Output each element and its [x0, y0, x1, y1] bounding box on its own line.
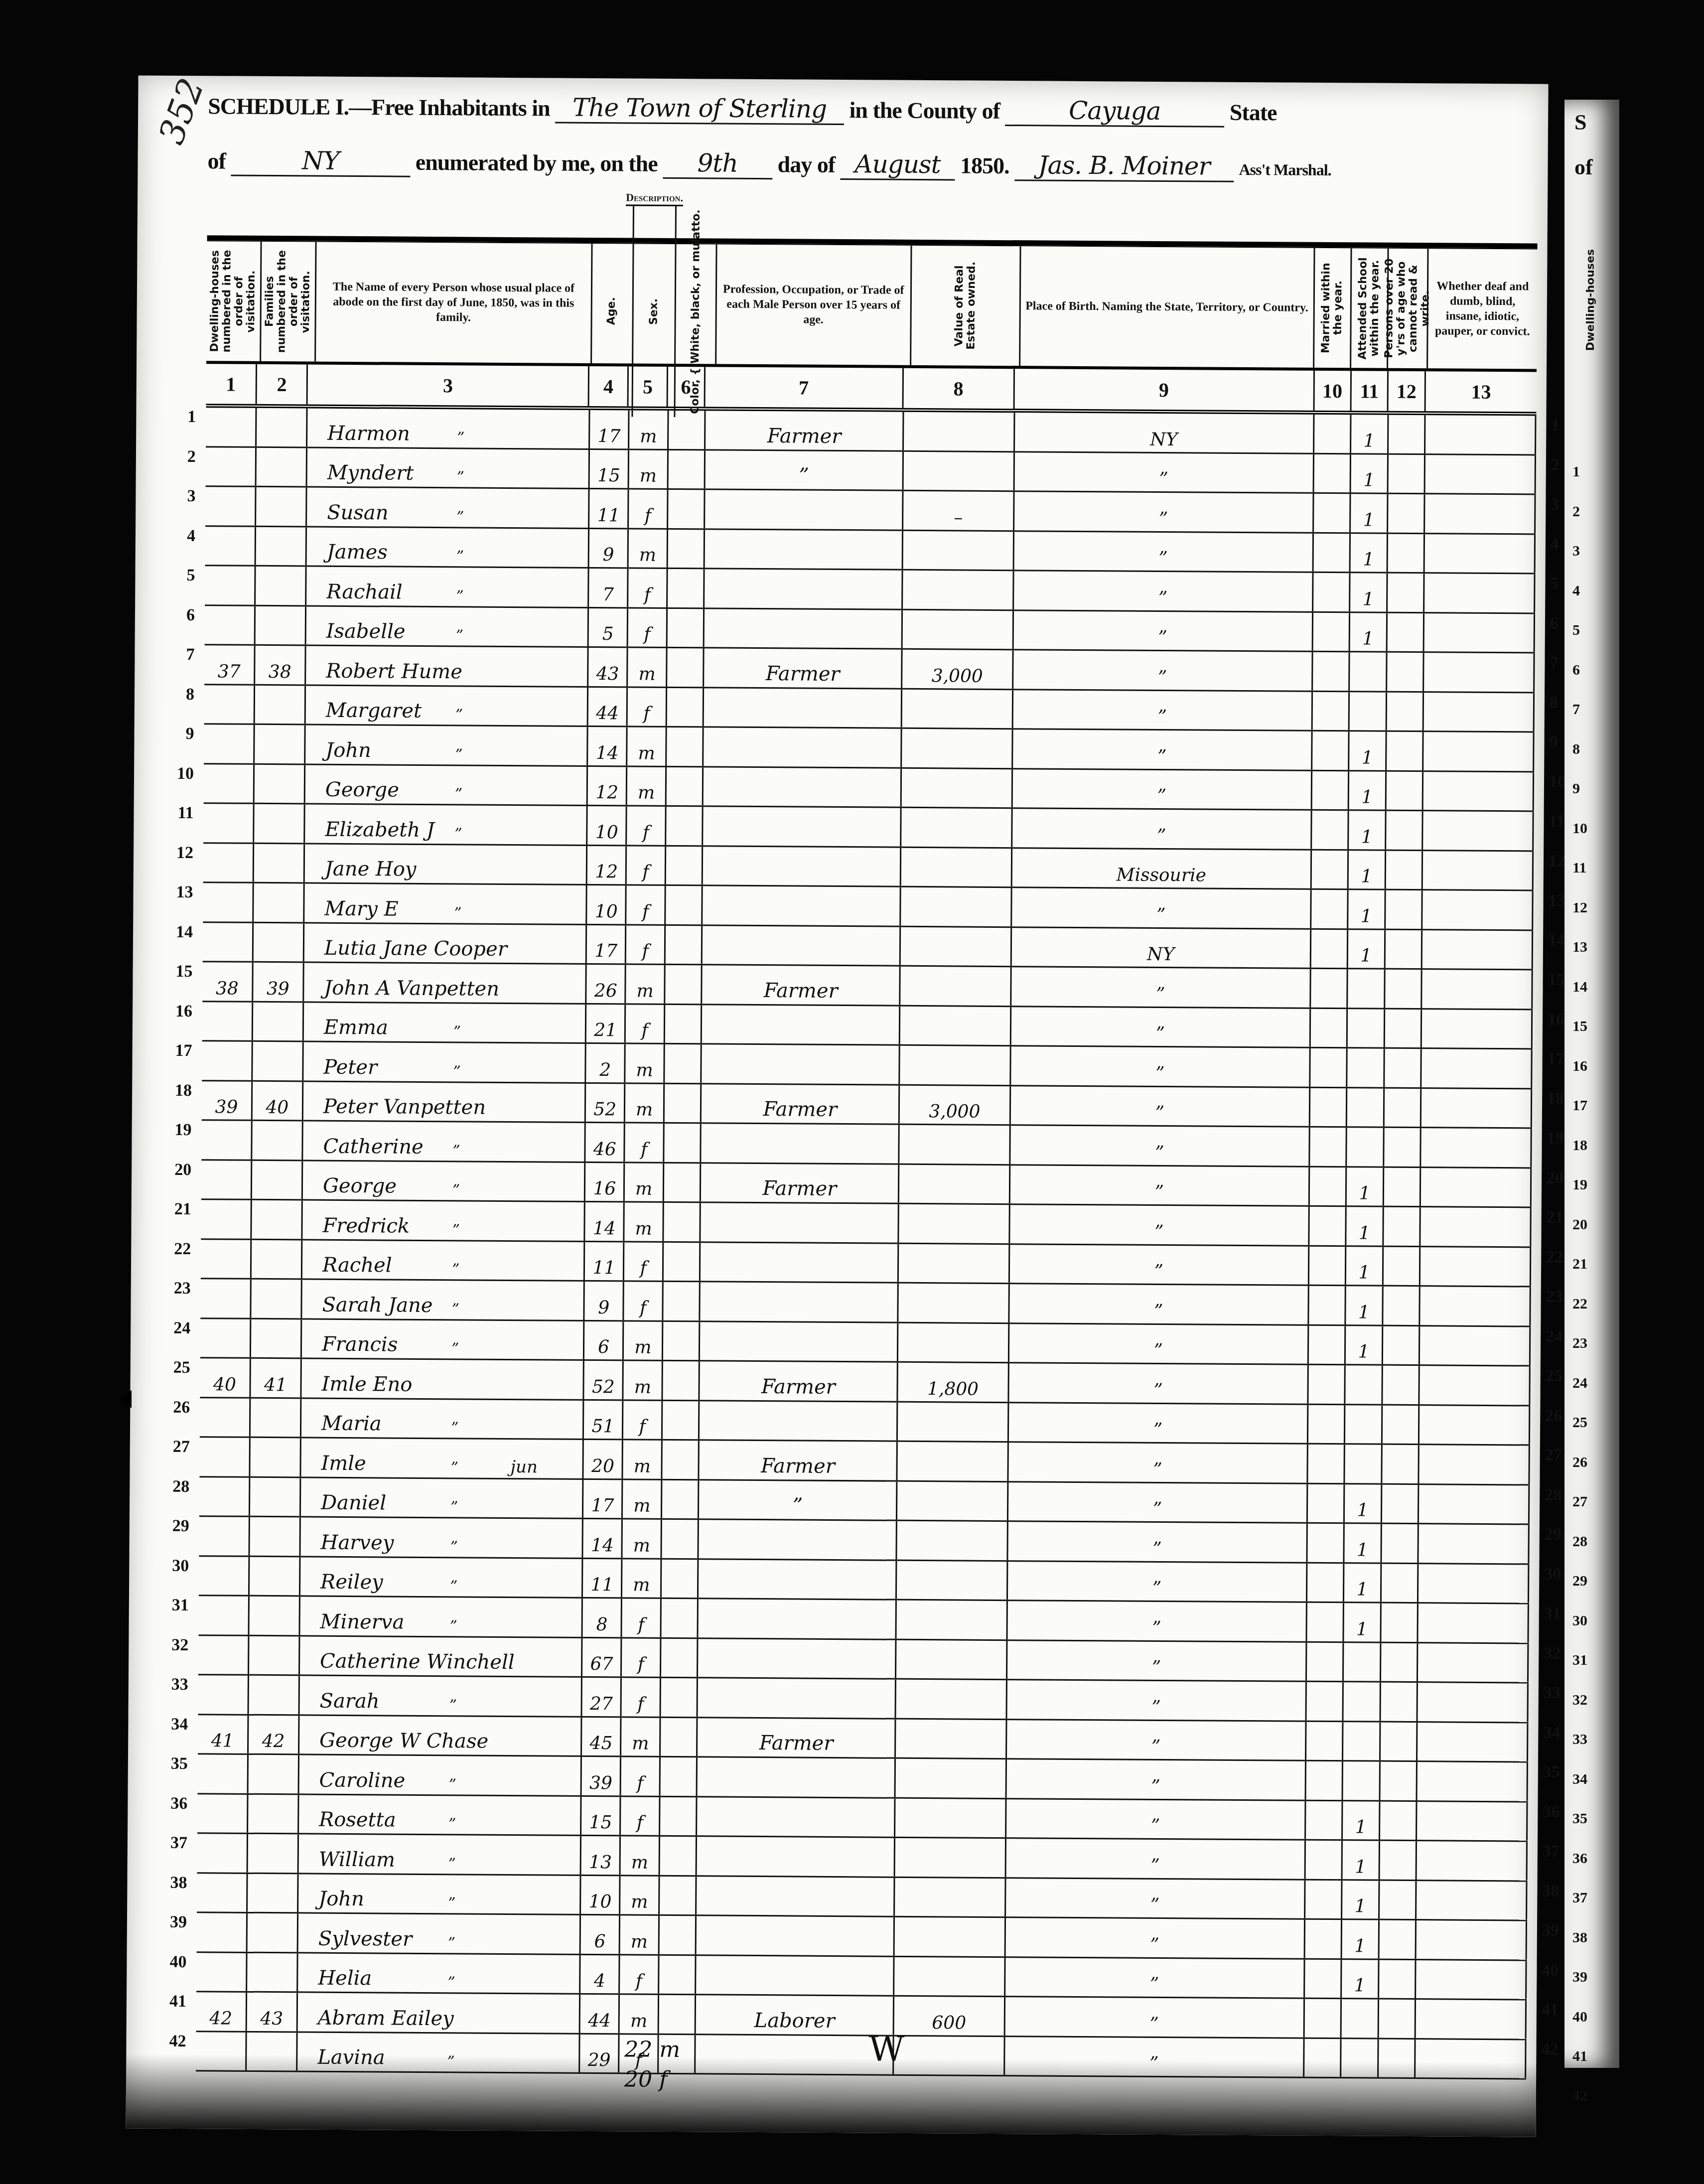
married-within-year [1306, 1801, 1343, 1839]
color [664, 1282, 701, 1320]
ditto-mark: ” [449, 1776, 457, 1793]
married-within-year [1313, 612, 1351, 651]
condition [1421, 1049, 1533, 1088]
person-name: Sarah Jane” [302, 1280, 585, 1319]
line-number-left: 23 [156, 1279, 191, 1298]
birthplace: ” [1010, 1086, 1310, 1126]
birthplace: ” [1010, 1205, 1310, 1245]
adjacent-line-number: 10 [1572, 820, 1587, 837]
family-number [252, 1200, 302, 1239]
adjacent-line-number: 4 [1572, 582, 1580, 599]
occupation [704, 767, 902, 807]
cannot-read-write [1384, 1088, 1421, 1127]
cannot-read-write [1385, 1009, 1422, 1047]
real-estate-value: 3,000 [900, 1085, 1011, 1124]
occupation: Farmer [706, 411, 904, 450]
attended-school [1344, 1682, 1381, 1721]
birthplace: ” [1013, 690, 1313, 730]
dwelling-number [205, 527, 256, 565]
person-name: Catherine Winchell [300, 1636, 583, 1676]
married-within-year [1312, 731, 1350, 770]
cannot-read-write [1383, 1287, 1420, 1325]
dwelling-number [203, 923, 254, 961]
col-num: 7 [705, 367, 904, 408]
attended-school [1348, 969, 1386, 1008]
family-number [255, 764, 305, 803]
real-estate-value [899, 1165, 1010, 1203]
marshal-signature: Jas. B. Moiner [1014, 150, 1234, 182]
age: 14 [585, 1202, 625, 1241]
birthplace: ” [1007, 1641, 1307, 1681]
color [663, 1361, 701, 1400]
ditto-mark: ” [452, 1142, 460, 1160]
ditto-mark: ” [452, 1181, 460, 1199]
person-name: Rosetta” [299, 1795, 582, 1835]
cannot-read-write [1381, 1603, 1419, 1642]
color [660, 1876, 697, 1914]
col-header-birthplace: Place of Birth. Naming the State, Territ… [1020, 246, 1315, 368]
year-label: 1850. [960, 152, 1009, 178]
condition [1425, 415, 1537, 454]
sex: m [620, 1995, 659, 2033]
cannot-read-write [1384, 1207, 1421, 1246]
col-num: 4 [589, 366, 629, 406]
adjacent-line-number: 28 [1572, 1533, 1587, 1550]
dwelling-number: 42 [196, 1992, 247, 2031]
occupation [705, 569, 903, 608]
age: 15 [590, 449, 629, 488]
sex: f [627, 885, 666, 924]
sex: m [623, 1480, 662, 1518]
family-number [252, 1161, 303, 1199]
age: 26 [587, 965, 626, 1003]
attended-school: 1 [1350, 573, 1388, 611]
age: 14 [588, 727, 628, 765]
birthplace: ” [1013, 611, 1313, 651]
birthplace: ” [1006, 1839, 1306, 1879]
color [667, 767, 704, 805]
condition [1420, 1287, 1531, 1325]
person-name: George” [303, 1161, 586, 1201]
ditto-mark: ” [451, 1340, 459, 1357]
family-number [252, 1121, 303, 1160]
birthplace: ” [1012, 769, 1312, 809]
attended-school: 1 [1350, 731, 1387, 770]
color [664, 1124, 702, 1162]
color [665, 1084, 702, 1122]
person-name: Margaret” [306, 686, 589, 726]
occupation: Farmer [703, 965, 901, 1005]
col-num: 8 [904, 368, 1015, 409]
cannot-read-write [1379, 1920, 1417, 1959]
birthplace: ” [1014, 452, 1314, 492]
real-estate-value [901, 967, 1012, 1006]
attended-school [1348, 1048, 1385, 1087]
married-within-year [1309, 1325, 1346, 1364]
married-within-year [1307, 1563, 1345, 1602]
col-header-name: The Name of every Person whose usual pla… [316, 242, 592, 363]
real-estate-value [901, 927, 1012, 966]
real-estate-value [902, 729, 1013, 768]
age: 52 [584, 1361, 624, 1399]
condition [1419, 1524, 1530, 1563]
attended-school: 1 [1346, 1247, 1384, 1285]
attended-school [1350, 652, 1387, 691]
birthplace: ” [1009, 1284, 1309, 1324]
family-number [256, 527, 307, 565]
attended-school: 1 [1349, 771, 1387, 810]
real-estate-value [904, 412, 1015, 451]
adjacent-line-number: 22 [1572, 1296, 1587, 1312]
married-within-year [1307, 1642, 1344, 1681]
person-name: George W Chase [299, 1716, 582, 1755]
married-within-year [1308, 1484, 1345, 1522]
married-within-year [1311, 969, 1348, 1008]
dwelling-number [198, 1675, 249, 1714]
cannot-read-write [1384, 1167, 1421, 1206]
attended-school [1347, 1088, 1385, 1127]
cannot-read-write [1389, 415, 1426, 453]
attended-school [1345, 1405, 1383, 1444]
age: 67 [582, 1638, 622, 1676]
attended-school: 1 [1351, 534, 1388, 572]
line-number-left: 15 [158, 962, 193, 981]
married-within-year [1309, 1286, 1346, 1324]
line-number-left: 4 [160, 526, 195, 545]
adjacent-line-number: 20 [1572, 1216, 1587, 1233]
marshal-label: Ass't Marshal. [1239, 160, 1331, 179]
attended-school: 1 [1343, 1841, 1380, 1879]
ditto-mark: ” [447, 1974, 455, 1991]
age: 16 [585, 1163, 625, 1201]
real-estate-value: 3,000 [903, 650, 1014, 689]
attended-school [1342, 1999, 1379, 2038]
cannot-read-write [1388, 534, 1425, 572]
real-estate-value [896, 1680, 1007, 1719]
person-name: Helia” [298, 1953, 581, 1993]
ditto-mark: ” [450, 1538, 458, 1556]
of-label: of [207, 148, 226, 173]
adjacent-line-number: 15 [1572, 1018, 1587, 1035]
married-within-year [1312, 850, 1349, 888]
sex: m [627, 767, 667, 805]
married-within-year [1310, 1167, 1347, 1205]
line-number-left: 36 [152, 1794, 187, 1813]
cannot-read-write [1386, 811, 1423, 850]
ditto-mark: ” [448, 1815, 456, 1833]
color [665, 1005, 703, 1043]
color [660, 1916, 697, 1954]
cannot-read-write [1382, 1405, 1420, 1444]
condition [1421, 1089, 1533, 1128]
married-within-year [1309, 1207, 1347, 1245]
dwelling-number [200, 1319, 251, 1357]
family-number [247, 1953, 298, 1991]
married-within-year [1307, 1603, 1345, 1641]
cannot-read-write [1385, 970, 1422, 1008]
attended-school: 1 [1351, 494, 1388, 532]
ditto-mark: ” [453, 1023, 461, 1040]
state-field: NY [231, 146, 410, 177]
ditto-mark: ” [454, 825, 462, 843]
married-within-year [1314, 533, 1351, 572]
sex: f [629, 489, 668, 528]
ditto-mark: ” [457, 429, 465, 446]
line-number-left: 40 [151, 1952, 186, 1971]
color [660, 1797, 698, 1835]
line-number-left: 1 [161, 408, 196, 427]
color [668, 490, 706, 528]
condition [1423, 851, 1534, 890]
sex: m [629, 410, 669, 448]
line-number-left: 19 [157, 1121, 192, 1140]
adjacent-line-number: 5 [1572, 622, 1580, 639]
birthplace: ” [1008, 1562, 1308, 1602]
line-number-left: 2 [161, 447, 196, 466]
age: 2 [586, 1044, 626, 1082]
birthplace: NY [1015, 413, 1315, 452]
condition [1425, 455, 1536, 494]
line-number-left: 33 [153, 1675, 188, 1694]
attended-school: 1 [1344, 1564, 1382, 1602]
condition [1423, 772, 1534, 811]
occupation [701, 1282, 899, 1321]
family-number [251, 1398, 301, 1437]
person-name: Reiley” [300, 1557, 583, 1597]
attended-school: 1 [1344, 1603, 1382, 1641]
person-name: Rachail” [306, 567, 589, 606]
line-number-left: 5 [160, 566, 195, 585]
person-name: Daniel” [301, 1478, 584, 1518]
family-number [248, 1794, 299, 1833]
sex: m [623, 1519, 662, 1558]
real-estate-value [903, 610, 1014, 649]
married-within-year [1305, 1959, 1342, 1998]
ditto-mark: ” [448, 1855, 456, 1873]
ditto-mark: ” [450, 1498, 458, 1516]
condition [1421, 1168, 1532, 1207]
col-header-family: Families numbered in the order of visita… [261, 242, 316, 362]
real-estate-value [895, 1878, 1006, 1916]
sex: f [628, 569, 668, 607]
person-name: John A Vanpetten [304, 963, 587, 1003]
attended-school: 1 [1351, 415, 1389, 453]
color [667, 728, 704, 766]
dwelling-number [199, 1438, 250, 1476]
line-number-left: 41 [151, 1992, 186, 2011]
family-number [249, 1636, 300, 1674]
condition [1423, 811, 1534, 850]
color [664, 1203, 702, 1241]
age: 6 [581, 1915, 620, 1954]
dwelling-number [197, 1874, 248, 1912]
family-number [250, 1477, 301, 1516]
real-estate-value [901, 848, 1012, 886]
cannot-read-write [1386, 771, 1423, 810]
cannot-read-write [1387, 653, 1424, 691]
family-number [253, 1002, 304, 1040]
line-number-left: 9 [159, 725, 194, 743]
col-num: 13 [1425, 371, 1537, 412]
family-number [251, 1319, 302, 1357]
cannot-read-write [1384, 1128, 1421, 1166]
family-number: 41 [251, 1359, 301, 1397]
attended-school [1344, 1643, 1381, 1681]
cannot-read-write [1386, 890, 1423, 929]
birthplace: NY [1011, 928, 1311, 968]
person-name: Myndert” [307, 448, 590, 488]
dwelling-number [201, 1200, 252, 1238]
line-number-left: 13 [158, 883, 193, 902]
sex: m [629, 450, 669, 488]
real-estate-value [896, 1759, 1007, 1798]
color [662, 1480, 700, 1518]
sex: m [620, 1876, 660, 1914]
occupation [702, 1005, 900, 1044]
line-number-left: 32 [153, 1635, 188, 1654]
person-name: John” [298, 1874, 581, 1914]
sex: f [627, 806, 667, 845]
sex: f [626, 1005, 665, 1043]
real-estate-value [897, 1521, 1008, 1560]
dwelling-number [203, 883, 254, 921]
condition [1423, 693, 1535, 731]
real-estate-value [902, 768, 1013, 807]
occupation [699, 1560, 897, 1599]
person-name: Harvey” [300, 1517, 583, 1557]
person-name: Sarah” [299, 1676, 582, 1716]
family-number [248, 1834, 299, 1873]
family-number [249, 1676, 300, 1714]
attended-school: 1 [1347, 1207, 1384, 1245]
person-name: Emma” [304, 1003, 587, 1042]
sex: f [628, 608, 668, 647]
real-estate-value [903, 571, 1014, 609]
occupation [701, 1243, 899, 1282]
color [662, 1520, 700, 1558]
birthplace: ” [1008, 1443, 1308, 1482]
dwelling-number [199, 1477, 250, 1516]
attended-school: 1 [1351, 454, 1389, 493]
occupation [700, 1401, 898, 1441]
person-name: Rachel” [302, 1240, 585, 1280]
adjacent-line-number: 41 [1572, 2048, 1587, 2065]
dwelling-number [204, 764, 255, 803]
sex: m [624, 1321, 663, 1360]
age: 21 [586, 1004, 626, 1042]
color [666, 886, 703, 924]
dwelling-number [197, 1834, 248, 1872]
age: 44 [588, 687, 628, 726]
person-name: Peter” [303, 1042, 586, 1082]
line-number-left: 38 [152, 1873, 187, 1892]
ditto-mark: ” [456, 587, 464, 605]
occupation [703, 847, 901, 886]
sex: f [623, 1401, 663, 1439]
person-name: Caroline” [299, 1755, 582, 1795]
attended-school: 1 [1342, 1960, 1379, 1998]
adjacent-line-number: 31 [1572, 1652, 1587, 1669]
married-within-year [1309, 1365, 1346, 1404]
birthplace: ” [1010, 1126, 1310, 1165]
state-label: State [1230, 100, 1277, 126]
condition [1419, 1485, 1530, 1524]
condition [1424, 653, 1535, 692]
dwelling-number: 38 [202, 962, 253, 1001]
ditto-mark: ” [451, 1301, 459, 1318]
occupation: Farmer [702, 1084, 900, 1124]
sex: f [625, 1123, 665, 1162]
adjacent-page-strip: S of Dwelling-houses 1234567891011121314… [1564, 100, 1619, 2068]
age: 44 [580, 1995, 620, 2033]
color [668, 569, 705, 607]
condition [1420, 1207, 1532, 1246]
dwelling-number [199, 1517, 250, 1555]
adjacent-line-number: 19 [1572, 1176, 1587, 1193]
person-name: Francis” [302, 1319, 585, 1359]
adjacent-line-number: 37 [1572, 1890, 1587, 1906]
attended-school: 1 [1346, 1326, 1383, 1364]
line-number-left: 6 [160, 605, 195, 624]
sex: m [627, 727, 667, 765]
ditto-mark: ” [450, 1459, 458, 1476]
birthplace: ” [1008, 1522, 1308, 1562]
real-estate-value [898, 1323, 1009, 1362]
color [663, 1401, 700, 1439]
line-number-left: 31 [154, 1596, 189, 1615]
family-number [254, 844, 305, 882]
col-num: 11 [1352, 371, 1389, 411]
ditto-mark: ” [453, 1063, 461, 1080]
condition [1418, 1683, 1529, 1722]
ditto-mark: ” [455, 706, 463, 724]
name-suffix: jun [510, 1457, 538, 1477]
attended-school: 1 [1346, 1286, 1384, 1324]
adjacent-line-number: 27 [1572, 1493, 1587, 1510]
line-number-left: 24 [155, 1318, 190, 1337]
occupation [705, 530, 903, 569]
dwelling-number [202, 1002, 253, 1040]
condition [1422, 1010, 1533, 1048]
ditto-mark: ” [449, 1617, 457, 1635]
census-table: Dwelling-houses numbered in the order of… [196, 235, 1537, 2079]
dwelling-number [205, 487, 256, 525]
occupation: Farmer [705, 648, 903, 688]
condition [1417, 1881, 1528, 1920]
real-estate-value [897, 1481, 1008, 1520]
occupation [700, 1322, 898, 1361]
adjacent-line-number: 35 [1572, 1810, 1587, 1827]
cannot-read-write [1388, 574, 1425, 612]
attended-school [1348, 1009, 1385, 1047]
dwelling-number [204, 725, 255, 763]
color [664, 1242, 701, 1281]
birthplace: ” [1009, 1324, 1309, 1364]
col-header-real-estate: Value of Real Estate owned. [911, 246, 1021, 366]
attended-school [1343, 1761, 1381, 1800]
cannot-read-write [1382, 1524, 1419, 1563]
cannot-read-write [1381, 1643, 1419, 1681]
family-number [254, 923, 304, 961]
birthplace: ” [1006, 1759, 1306, 1799]
adjacent-line-number: 26 [1572, 1454, 1587, 1471]
condition [1418, 1643, 1529, 1682]
person-name: William” [299, 1834, 582, 1874]
age: 6 [584, 1321, 624, 1359]
color [665, 965, 703, 1004]
real-estate-value [900, 1046, 1011, 1085]
birthplace: ” [1011, 1046, 1311, 1086]
